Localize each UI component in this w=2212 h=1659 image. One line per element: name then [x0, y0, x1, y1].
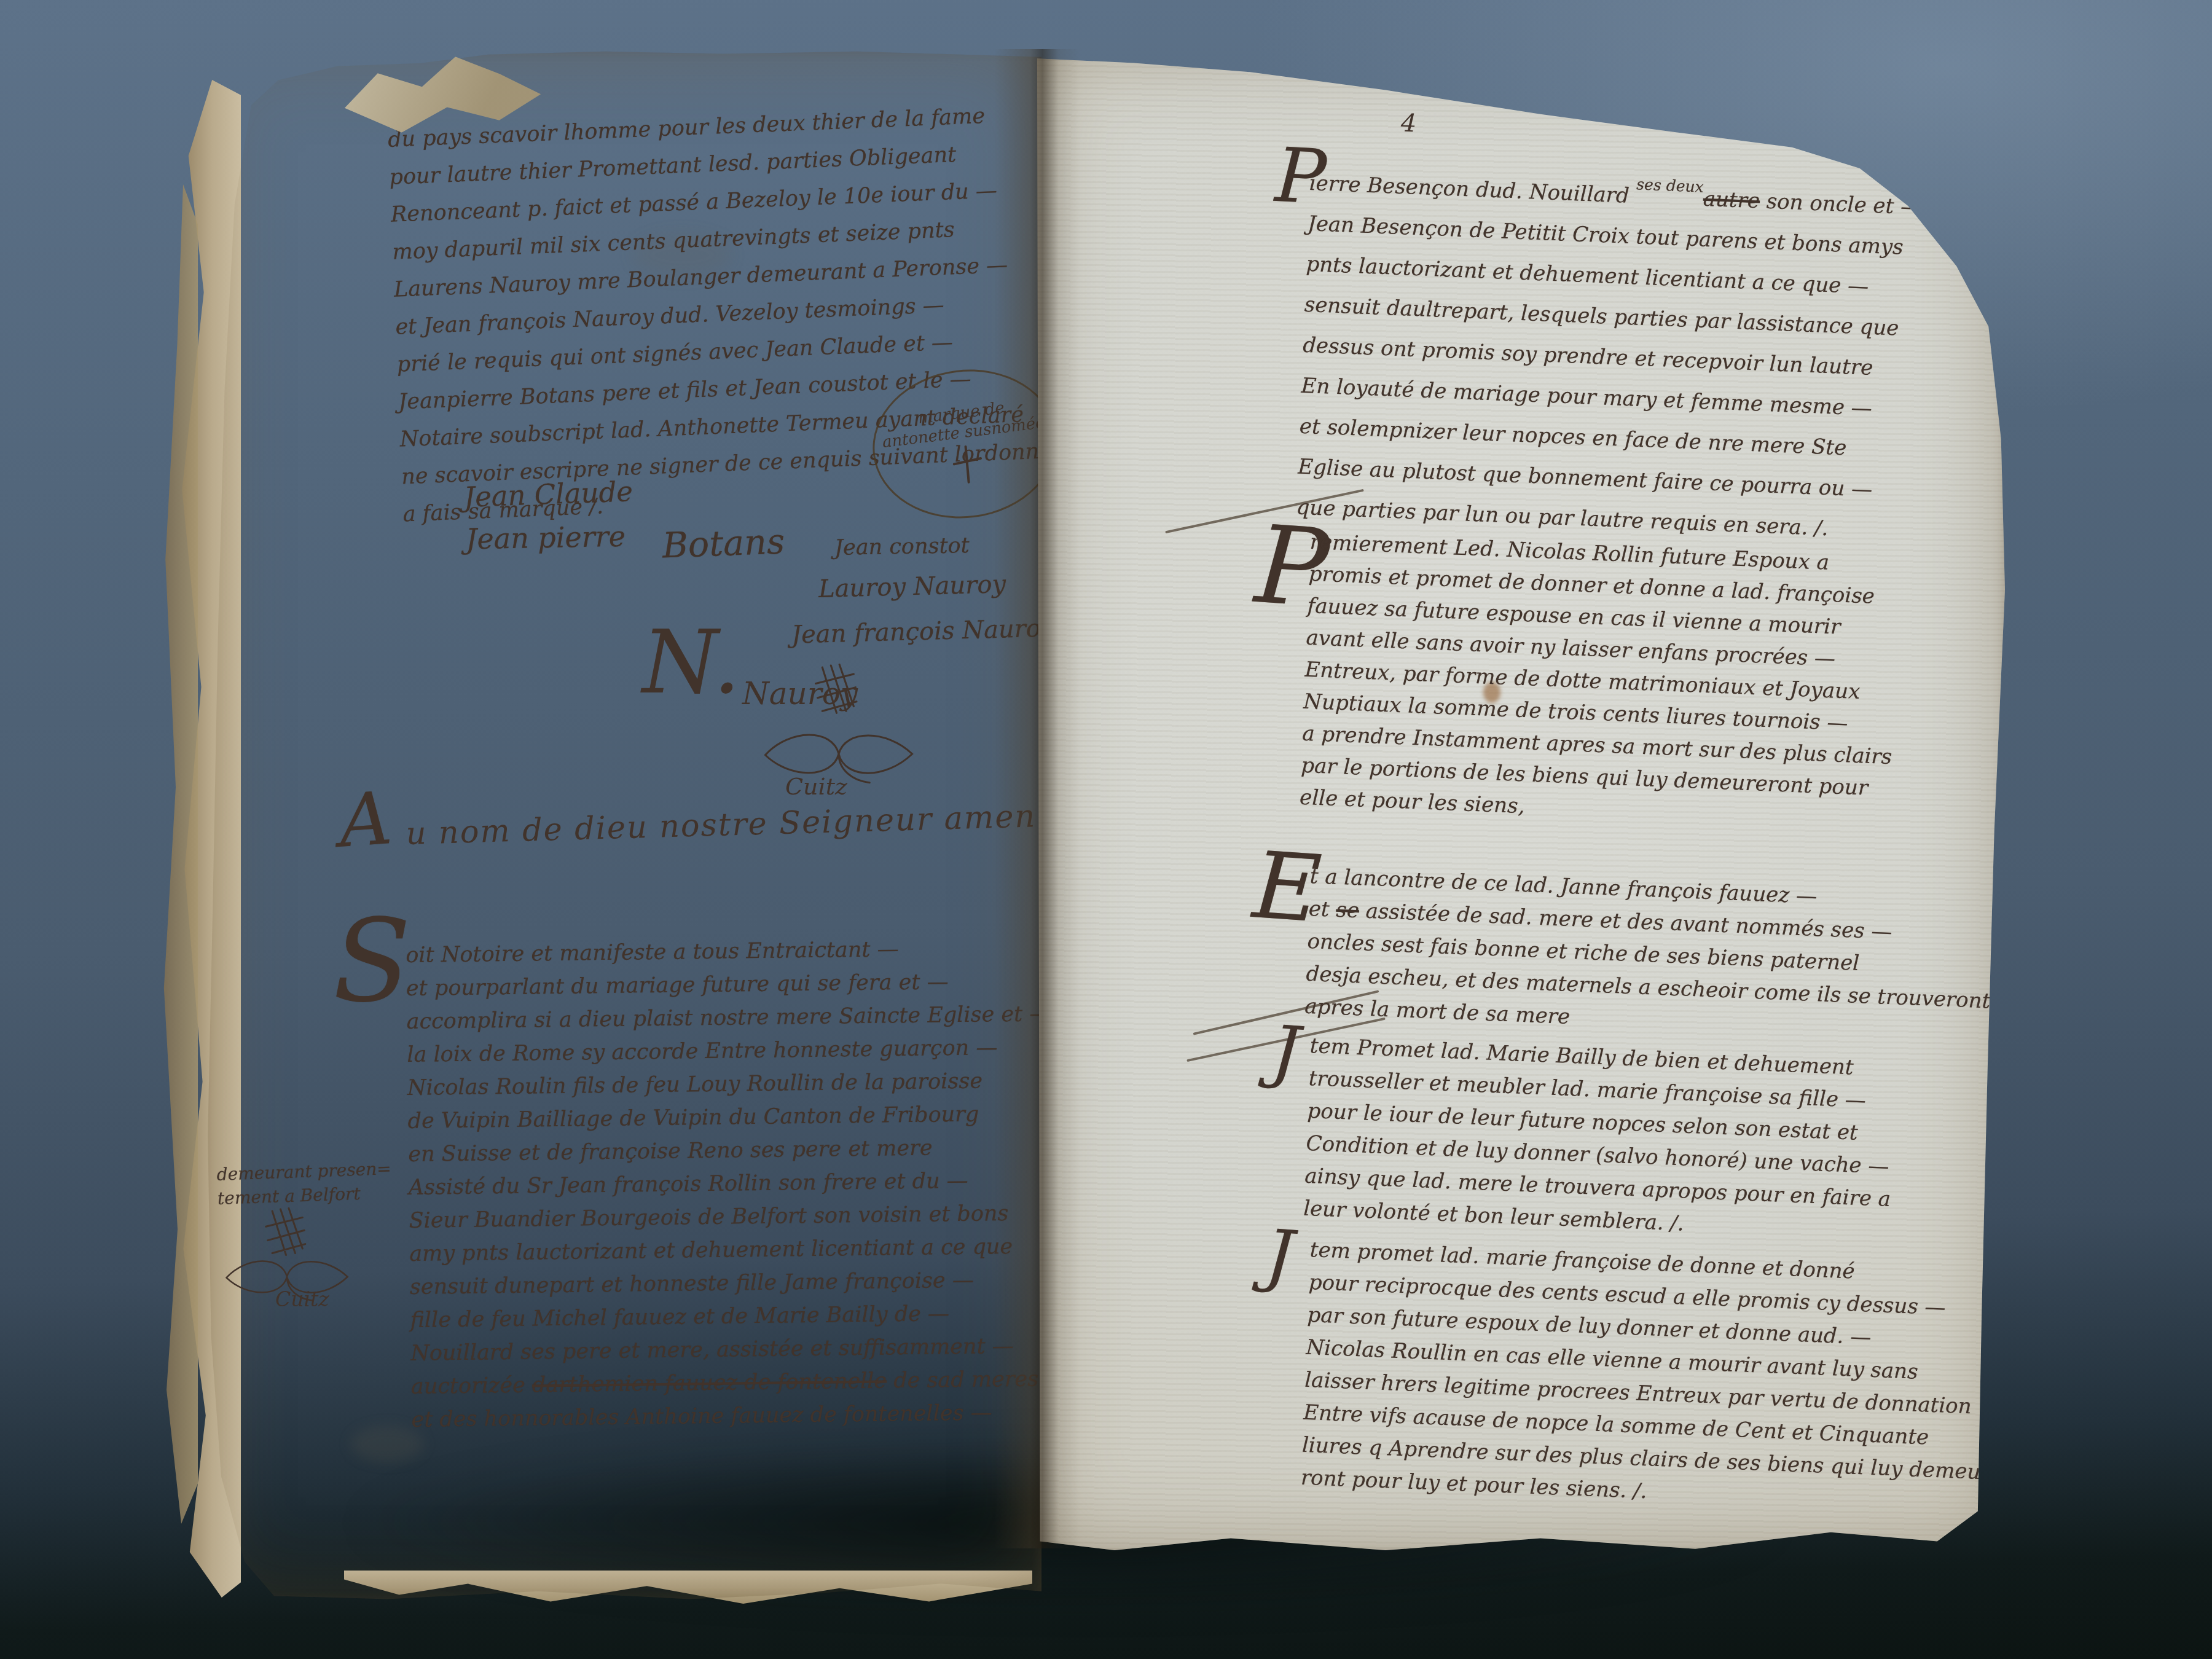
- signature: Jean constot: [834, 533, 970, 560]
- page-number: 4: [1400, 109, 1417, 138]
- bride-assets-paragraph: t a lancontre de ce lad. Janne françois …: [1304, 860, 2022, 1051]
- notary-initial: N.: [642, 619, 740, 707]
- manuscript-page-left: du pays scavoir lhomme pour les deux thi…: [203, 49, 1041, 1601]
- signature: Jean Claude: [463, 475, 633, 514]
- notary-paraph-label: Cuitz: [785, 773, 847, 800]
- drop-cap: S: [333, 904, 411, 1018]
- manuscript-photo: du pays scavoir lhomme pour les deux thi…: [0, 0, 2212, 1659]
- drop-cap: J: [1269, 1017, 1302, 1088]
- manuscript-page-right: 4 P ierre Besençon dud. Nouillard ses de…: [1037, 48, 2005, 1553]
- margin-paraph-label: Cuitz: [275, 1287, 329, 1311]
- signature: Botans: [662, 522, 785, 567]
- signature: Lauroy Nauroy: [818, 570, 1006, 603]
- margin-note: demeurant presen= tement a Belfort: [216, 1156, 393, 1210]
- ink-line: et des honnorables Anthoine fauuez de fo…: [411, 1395, 1056, 1437]
- notary-paraph-hash-icon: [811, 664, 860, 716]
- cross-mark-icon: [947, 442, 989, 487]
- trousseau-clause-paragraph: tem Promet lad. Marie Bailly de bien et …: [1303, 1030, 1896, 1249]
- drop-cap: A: [337, 782, 394, 858]
- invocation-heading: u nom de dieu nostre Seigneur amen.: [406, 798, 1048, 852]
- contract-opening-paragraph: oit Notoire et manifeste a tous Entraict…: [406, 931, 1056, 1437]
- gutter-shadow: [994, 49, 1080, 1548]
- drop-cap: J: [1263, 1221, 1296, 1292]
- signature: Jean pierre: [466, 520, 626, 556]
- betrothal-paragraph: ierre Besençon dud. Nouillard ses deuxau…: [1295, 151, 1923, 552]
- dowry-clause-paragraph: remierement Led. Nicolas Rollin future E…: [1299, 526, 1900, 837]
- page-stack-edge: [161, 184, 198, 1524]
- reciprocal-gift-paragraph: tem promet lad. marie françoise de donne…: [1300, 1234, 2029, 1523]
